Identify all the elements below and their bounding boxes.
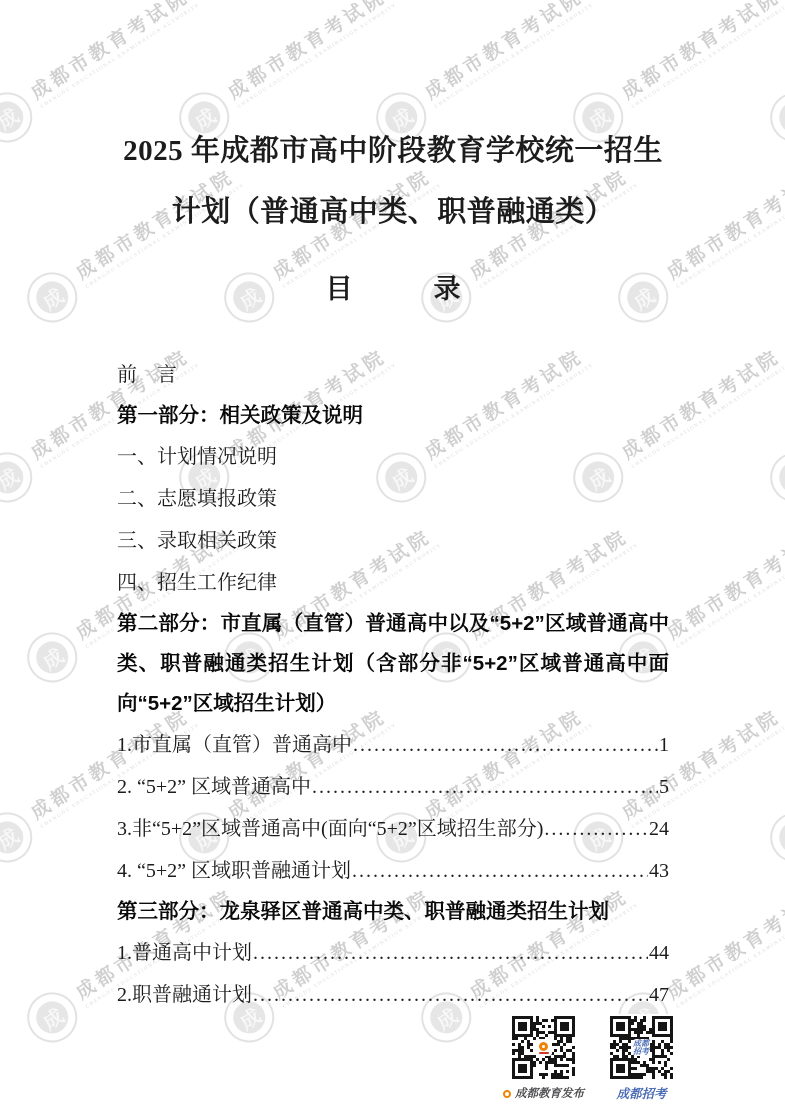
toc-entry-page: 44	[649, 932, 669, 974]
document-page: 成成都市教育考试院CHENGDU EDUCATIONAL EXAMINATION…	[0, 0, 785, 1111]
toc-entry-page: 43	[649, 850, 669, 892]
chengdu-zhaokao-mini-logo: 成都招考	[633, 1040, 650, 1056]
toc-entry-page: 5	[659, 766, 669, 808]
toc-item-1[interactable]: 一、计划情况说明	[117, 436, 669, 478]
toc-leader-dots: ........................................…	[353, 724, 658, 766]
toc-section-label: 第二部分：市直属（直管）普通高中以及“5+2”区域普通高中类、职普融通类招生计划…	[117, 612, 669, 715]
table-of-contents: 前 言 第一部分：相关政策及说明 一、计划情况说明 二、志愿填报政策 三、录取相…	[117, 354, 669, 1016]
watermark-seal-icon: 成	[761, 83, 785, 152]
toc-item-foreword[interactable]: 前 言	[117, 354, 669, 396]
toc-heading: 目 录	[117, 268, 669, 310]
toc-item-4[interactable]: 四、招生工作纪律	[117, 562, 669, 604]
qr-codes-section: 成都教育发布 成都招考 成都招考	[503, 1014, 675, 1101]
qr-label-chengdu-education: 成都教育发布	[503, 1087, 584, 1101]
toc-item-2[interactable]: 二、志愿填报政策	[117, 478, 669, 520]
toc-leader-dots: ........................................…	[253, 974, 648, 1016]
document-title-line-1: 2025 年成都市高中阶段教育学校统一招生	[117, 128, 669, 174]
toc-entry-label: 1.市直属（直管）普通高中	[117, 724, 352, 766]
toc-entry-label: 2.职普融通计划	[117, 974, 252, 1016]
chengdu-zhaokao-qr-center-logo: 成都招考	[633, 1039, 650, 1056]
qr-code-chengdu-education	[510, 1014, 577, 1081]
chengdu-education-logo-icon	[503, 1090, 511, 1098]
toc-item-label: 前 言	[117, 364, 177, 386]
toc-item-label: 一、计划情况说明	[117, 446, 277, 468]
document-title-line-2: 计划（普通高中类、职普融通类）	[117, 189, 669, 235]
toc-entry-label: 3.非“5+2”区域普通高中(面向“5+2”区域招生部分)	[117, 808, 543, 850]
watermark-tile: 成成都市教育考试院CHENGDU EDUCATIONAL EXAMINATION…	[771, 91, 785, 151]
toc-entry-label: 2. “5+2” 区域普通高中	[117, 766, 311, 808]
qr-code-chengdu-zhaokao: 成都招考	[608, 1014, 675, 1081]
chengdu-zhaokao-logo: 成都招考	[616, 1087, 666, 1101]
qr-label-text: 成都教育发布	[515, 1087, 584, 1101]
toc-leader-dots: ........................................…	[352, 850, 648, 892]
toc-section-label: 第三部分：龙泉驿区普通高中类、职普融通类招生计划	[117, 900, 609, 923]
watermark-tile: 成成都市教育考试院CHENGDU EDUCATIONAL EXAMINATION…	[771, 451, 785, 511]
toc-entry[interactable]: 2.职普融通计划 ...............................…	[117, 974, 669, 1016]
qr-column-chengdu-zhaokao: 成都招考 成都招考	[608, 1014, 675, 1101]
toc-leader-dots: ........................................…	[544, 808, 648, 850]
red-bar-icon	[539, 1052, 549, 1054]
page-content: 2025 年成都市高中阶段教育学校统一招生 计划（普通高中类、职普融通类） 目 …	[117, 0, 669, 1016]
toc-leader-dots: ........................................…	[253, 932, 648, 974]
toc-entry-page: 1	[659, 724, 669, 766]
watermark-seal-icon: 成	[18, 983, 87, 1052]
toc-entry[interactable]: 1.市直属（直管）普通高中 ..........................…	[117, 724, 669, 766]
orange-ring-icon	[539, 1042, 548, 1051]
toc-entry-page: 24	[649, 808, 669, 850]
toc-section-part3[interactable]: 第三部分：龙泉驿区普通高中类、职普融通类招生计划	[117, 892, 669, 932]
watermark-seal-icon: 成	[0, 83, 42, 152]
watermark-seal-icon: 成	[761, 443, 785, 512]
watermark-seal-icon: 成	[761, 803, 785, 872]
qr-column-chengdu-education: 成都教育发布	[503, 1014, 584, 1101]
watermark-seal-icon: 成	[18, 623, 87, 692]
toc-section-part2[interactable]: 第二部分：市直属（直管）普通高中以及“5+2”区域普通高中类、职普融通类招生计划…	[117, 604, 669, 724]
toc-entry[interactable]: 3.非“5+2”区域普通高中(面向“5+2”区域招生部分) ..........…	[117, 808, 669, 850]
chengdu-education-qr-center-logo	[535, 1039, 552, 1056]
toc-item-label: 三、录取相关政策	[117, 530, 277, 552]
toc-item-label: 二、志愿填报政策	[117, 488, 277, 510]
toc-entry-page: 47	[649, 974, 669, 1016]
toc-item-label: 四、招生工作纪律	[117, 572, 277, 594]
watermark-tile: 成成都市教育考试院CHENGDU EDUCATIONAL EXAMINATION…	[771, 811, 785, 871]
toc-section-label: 第一部分：相关政策及说明	[117, 404, 363, 427]
toc-entry[interactable]: 2. “5+2” 区域普通高中 ........................…	[117, 766, 669, 808]
toc-entry-label: 1.普通高中计划	[117, 932, 252, 974]
watermark-seal-icon: 成	[0, 803, 42, 872]
toc-item-3[interactable]: 三、录取相关政策	[117, 520, 669, 562]
toc-leader-dots: ........................................…	[312, 766, 658, 808]
toc-entry[interactable]: 4. “5+2” 区域职普融通计划 ......................…	[117, 850, 669, 892]
watermark-seal-icon: 成	[0, 443, 42, 512]
toc-section-part1[interactable]: 第一部分：相关政策及说明	[117, 396, 669, 436]
toc-entry-label: 4. “5+2” 区域职普融通计划	[117, 850, 351, 892]
watermark-seal-icon: 成	[18, 263, 87, 332]
toc-entry[interactable]: 1.普通高中计划 ...............................…	[117, 932, 669, 974]
